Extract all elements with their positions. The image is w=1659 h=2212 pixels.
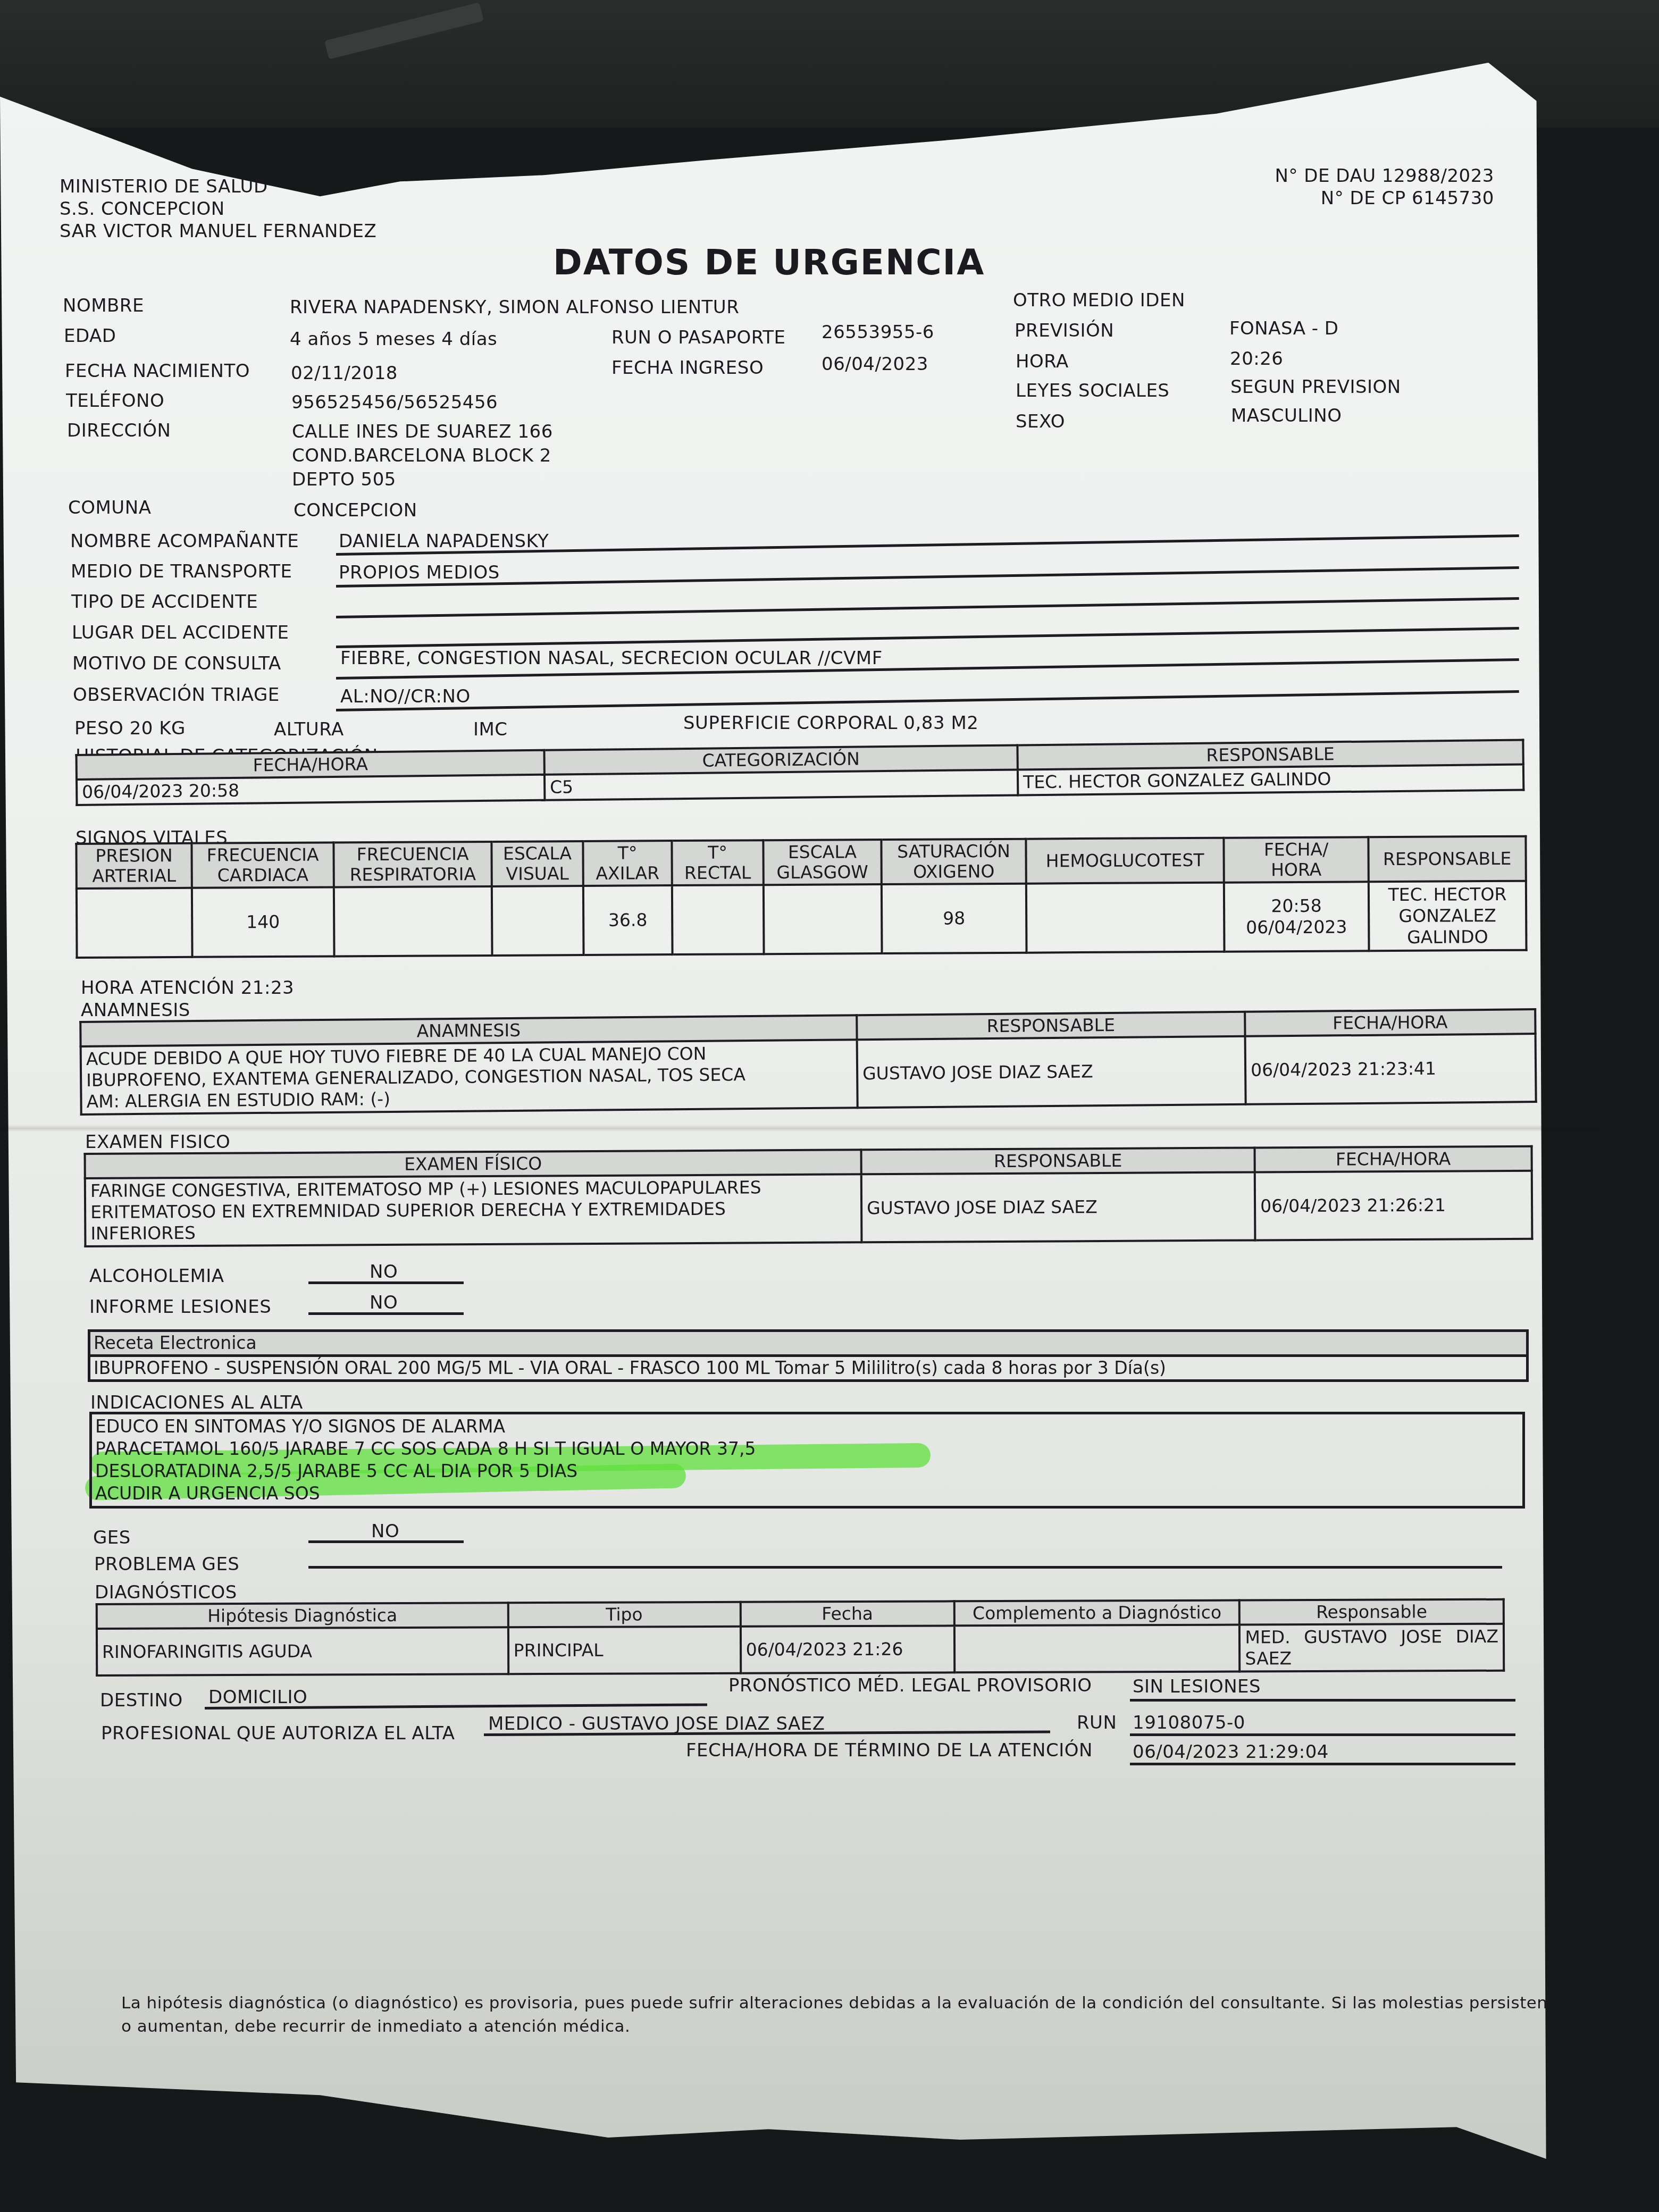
document-numbers: N° DE DAU 12988/2023 N° DE CP 6145730 [1255, 165, 1494, 210]
end-datetime: 06/04/2023 21:29:04 [1133, 1741, 1329, 1763]
cell [334, 886, 492, 957]
label-edad: EDAD [64, 325, 116, 347]
label-termino: FECHA/HORA DE TÉRMINO DE LA ATENCIÓN [686, 1740, 1093, 1761]
prescription-header: Receta Electronica [90, 1332, 1526, 1357]
label-destino: DESTINO [100, 1690, 183, 1711]
destination-value: DOMICILIO [208, 1687, 307, 1708]
cell: 140 [192, 887, 334, 957]
underline [336, 566, 1519, 588]
prescription-line: IBUPROFENO - SUSPENSIÓN ORAL 200 MG/5 ML… [90, 1357, 1526, 1379]
indication-line: ACUDIR A URGENCIA SOS [92, 1482, 1522, 1505]
label-triage: OBSERVACIÓN TRIAGE [73, 684, 280, 706]
col-header: T°AXILAR [583, 841, 672, 886]
label-telefono: TELÉFONO [66, 390, 164, 412]
vital-signs-table: PRESIONARTERIALFRECUENCIACARDIACAFRECUEN… [75, 835, 1527, 959]
label-direccion: DIRECCIÓN [67, 420, 171, 441]
cell [764, 884, 882, 954]
label-run: RUN O PASAPORTE [611, 327, 786, 348]
label-transporte: MEDIO DE TRANSPORTE [71, 561, 292, 582]
exam-text: FARINGE CONGESTIVA, ERITEMATOSO MP (+) L… [85, 1174, 862, 1246]
col-header: Fecha [740, 1601, 954, 1626]
table-row: FARINGE CONGESTIVA, ERITEMATOSO MP (+) L… [85, 1171, 1532, 1246]
col-header: T°RECTAL [672, 840, 763, 885]
label-pronostico: PRONÓSTICO MÉD. LEGAL PROVISORIO [728, 1675, 1092, 1696]
col-header: FRECUENCIACARDIACA [191, 842, 333, 887]
cell [1026, 883, 1225, 953]
discharge-professional: MEDICO - GUSTAVO JOSE DIAZ SAEZ [488, 1713, 825, 1735]
exam-responsible: GUSTAVO JOSE DIAZ SAEZ [861, 1172, 1255, 1242]
patient-birthdate: 02/11/2018 [291, 363, 398, 384]
attention-time: HORA ATENCIÓN 21:23 [81, 977, 294, 999]
col-header: RESPONSABLE [857, 1012, 1245, 1040]
institution-facility: SAR VICTOR MANUEL FERNANDEZ [60, 220, 376, 242]
indication-line: EDUCO EN SINTOMAS Y/O SIGNOS DE ALARMA [92, 1415, 1522, 1438]
label-fecha-nacimiento: FECHA NACIMIENTO [65, 361, 250, 382]
label-ges: GES [93, 1527, 131, 1548]
col-header: PRESIONARTERIAL [76, 843, 191, 889]
address-line: DEPTO 505 [292, 468, 553, 492]
cell [672, 885, 764, 954]
cell [77, 888, 192, 958]
cell: 20:5806/04/2023 [1224, 882, 1369, 951]
electronic-prescription: Receta Electronica IBUPROFENO - SUSPENSI… [88, 1329, 1529, 1382]
patient-leyes-sociales: SEGUN PREVISION [1230, 376, 1401, 398]
underline [336, 690, 1519, 711]
col-header: FECHA/HORA [1245, 1009, 1535, 1036]
weight: PESO 20 KG [74, 718, 186, 739]
patient-phone: 956525456/56525456 [291, 392, 498, 413]
table-row: RINOFARINGITIS AGUDA PRINCIPAL 06/04/202… [97, 1624, 1504, 1675]
patient-comuna: CONCEPCION [294, 500, 417, 521]
label-altura: ALTURA [274, 719, 344, 740]
patient-name: RIVERA NAPADENSKY, SIMON ALFONSO LIENTUR [290, 297, 739, 318]
underline [1130, 1763, 1515, 1765]
transport-mode: PROPIOS MEDIOS [339, 562, 500, 583]
underline [308, 1540, 464, 1543]
label-prevision: PREVISIÓN [1015, 320, 1114, 341]
admission-date: 06/04/2023 [822, 354, 928, 375]
address-line: CALLE INES DE SUAREZ 166 [292, 420, 553, 444]
diagnoses-table: Hipótesis Diagnóstica Tipo Fecha Complem… [96, 1598, 1505, 1677]
label-run-profesional: RUN [1077, 1712, 1117, 1733]
ges-value: NO [371, 1521, 399, 1542]
diagnosis-date: 06/04/2023 21:26 [740, 1626, 954, 1673]
label-sexo: SEXO [1016, 411, 1065, 432]
label-leyes-sociales: LEYES SOCIALES [1016, 380, 1169, 401]
discharge-indications: EDUCO EN SINTOMAS Y/O SIGNOS DE ALARMA P… [89, 1412, 1525, 1509]
label-hora: HORA [1016, 351, 1069, 372]
label-nombre: NOMBRE [63, 295, 144, 316]
section-diagnosticos: DIAGNÓSTICOS [95, 1582, 237, 1603]
col-header: FECHA/HORA [1255, 1146, 1532, 1172]
physical-exam-table: EXAMEN FÍSICO RESPONSABLE FECHA/HORA FAR… [84, 1145, 1534, 1247]
col-header: FECHA/HORA [1224, 837, 1368, 882]
table-row: 14036.89820:5806/04/2023TEC. HECTORGONZA… [77, 881, 1527, 958]
cell: 06/04/2023 20:58 [77, 775, 544, 805]
page-title: DATOS DE URGENCIA [553, 242, 985, 283]
col-header: Tipo [508, 1602, 740, 1628]
consultation-reason: FIEBRE, CONGESTION NASAL, SECRECION OCUL… [340, 648, 883, 669]
alcoholemia-value: NO [370, 1261, 398, 1283]
underline [336, 597, 1519, 618]
institution-service: S.S. CONCEPCION [60, 198, 376, 220]
col-header: Hipótesis Diagnóstica [97, 1603, 508, 1629]
cell: TEC. HECTOR GONZALEZ GALINDO [1018, 764, 1523, 795]
exam-datetime: 06/04/2023 21:26:21 [1255, 1171, 1532, 1241]
indication-line: PARACETAMOL 160/5 JARABE 7 CC SOS CADA 8… [92, 1438, 1522, 1460]
section-examen-fisico: EXAMEN FISICO [85, 1132, 230, 1153]
cell [492, 886, 584, 956]
col-header: ESCALAGLASGOW [763, 840, 881, 885]
section-anamnesis: ANAMNESIS [81, 1000, 190, 1021]
address-line: COND.BARCELONA BLOCK 2 [292, 444, 553, 468]
underline [308, 1566, 1502, 1569]
col-header: HEMOGLUCOTEST [1026, 838, 1224, 884]
underline [308, 1312, 464, 1315]
anamnesis-responsible: GUSTAVO JOSE DIAZ SAEZ [857, 1036, 1246, 1108]
anamnesis-text: ACUDE DEBIDO A QUE HOY TUVO FIEBRE DE 40… [81, 1040, 858, 1115]
label-profesional: PROFESIONAL QUE AUTORIZA EL ALTA [101, 1723, 455, 1744]
disclaimer: La hipótesis diagnóstica (o diagnóstico)… [121, 1991, 1557, 2038]
patient-run: 26553955-6 [822, 322, 934, 343]
col-header: Complemento a Diagnóstico [954, 1600, 1240, 1626]
label-tipo-accidente: TIPO DE ACCIDENTE [71, 591, 258, 613]
label-comuna: COMUNA [68, 497, 151, 518]
col-header: RESPONSABLE [861, 1147, 1255, 1174]
anamnesis-datetime: 06/04/2023 21:23:41 [1245, 1034, 1536, 1104]
admission-time: 20:26 [1230, 348, 1283, 370]
indication-line: DESLORATADINA 2,5/5 JARABE 5 CC AL DIA P… [92, 1460, 1522, 1482]
col-header: ESCALAVISUAL [491, 841, 583, 886]
diagnosis-complement [954, 1624, 1240, 1672]
col-header: EXAMEN FÍSICO [85, 1150, 861, 1178]
underline [1130, 1733, 1515, 1736]
cell: 98 [882, 884, 1027, 953]
underline [336, 627, 1519, 648]
diagnosis-hypothesis: RINOFARINGITIS AGUDA [97, 1627, 508, 1675]
text-line: FARINGE CONGESTIVA, ERITEMATOSO MP (+) L… [90, 1176, 856, 1202]
col-header: FRECUENCIARESPIRATORIA [333, 842, 491, 887]
col-header: Responsable [1239, 1599, 1504, 1625]
label-informe-lesiones: INFORME LESIONES [89, 1296, 271, 1318]
cp-number: N° DE CP 6145730 [1255, 187, 1494, 210]
companion-name: DANIELA NAPADENSKY [339, 531, 549, 552]
prognosis-value: SIN LESIONES [1133, 1676, 1261, 1697]
professional-run: 19108075-0 [1133, 1712, 1245, 1733]
table-row: ACUDE DEBIDO A QUE HOY TUVO FIEBRE DE 40… [81, 1034, 1536, 1115]
label-lugar-accidente: LUGAR DEL ACCIDENTE [72, 622, 289, 643]
section-indicaciones: INDICACIONES AL ALTA [90, 1392, 303, 1413]
cell: C5 [544, 769, 1018, 800]
underline [1130, 1699, 1515, 1702]
patient-prevision: FONASA - D [1229, 318, 1339, 339]
cell: TEC. HECTORGONZALEZGALINDO [1369, 881, 1527, 951]
label-otro-medio: OTRO MEDIO IDEN [1013, 290, 1185, 311]
label-fecha-ingreso: FECHA INGRESO [611, 357, 764, 379]
triage-observation: AL:NO//CR:NO [340, 686, 471, 707]
emergency-record-document: MINISTERIO DE SALUD S.S. CONCEPCION SAR … [0, 0, 1659, 2212]
col-header: RESPONSABLE [1368, 836, 1526, 882]
underline [308, 1281, 464, 1284]
cell: 36.8 [583, 885, 673, 955]
diagnosis-responsible: MED. GUSTAVO JOSE DIAZ SAEZ [1239, 1624, 1504, 1672]
patient-sex: MASCULINO [1231, 405, 1342, 426]
label-imc: IMC [473, 719, 508, 740]
informe-lesiones-value: NO [370, 1292, 398, 1313]
text-line: INFERIORES [90, 1219, 856, 1244]
institution-ministry: MINISTERIO DE SALUD [60, 175, 376, 198]
col-header: SATURACIÓNOXIGENO [881, 839, 1026, 884]
body-surface: SUPERFICIE CORPORAL 0,83 M2 [683, 713, 978, 734]
label-motivo: MOTIVO DE CONSULTA [72, 653, 281, 674]
diagnosis-type: PRINCIPAL [508, 1627, 741, 1674]
institution-header: MINISTERIO DE SALUD S.S. CONCEPCION SAR … [60, 175, 376, 242]
patient-age: 4 años 5 meses 4 días [290, 329, 497, 350]
label-problema-ges: PROBLEMA GES [94, 1554, 239, 1575]
label-alcoholemia: ALCOHOLEMIA [89, 1266, 224, 1287]
patient-address: CALLE INES DE SUAREZ 166 COND.BARCELONA … [292, 420, 553, 492]
label-acompanante: NOMBRE ACOMPAÑANTE [70, 531, 299, 552]
anamnesis-table: ANAMNESIS RESPONSABLE FECHA/HORA ACUDE D… [79, 1008, 1537, 1116]
dau-number: N° DE DAU 12988/2023 [1255, 165, 1494, 187]
